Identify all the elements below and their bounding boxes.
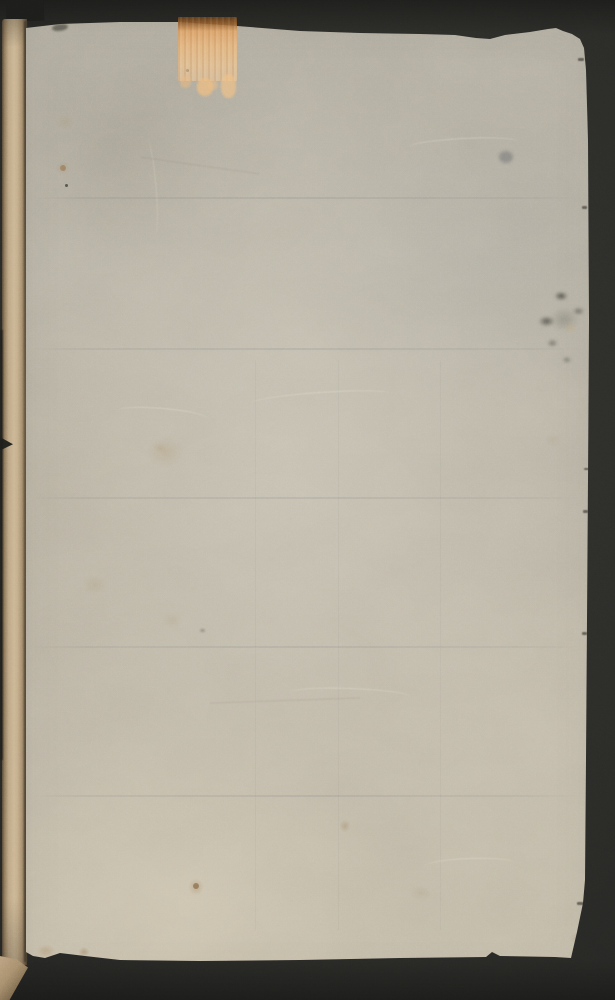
book-page-scan [0, 0, 615, 1000]
adhesive-residue-blob [180, 76, 191, 88]
adhesive-residue-blob [208, 80, 218, 90]
page-edge-shading [0, 0, 615, 1000]
left-shadow-sliver [0, 330, 3, 760]
adhesive-residue-blob [221, 74, 236, 98]
blank-page [0, 0, 615, 1000]
adhesive-residue-stain [178, 17, 237, 81]
